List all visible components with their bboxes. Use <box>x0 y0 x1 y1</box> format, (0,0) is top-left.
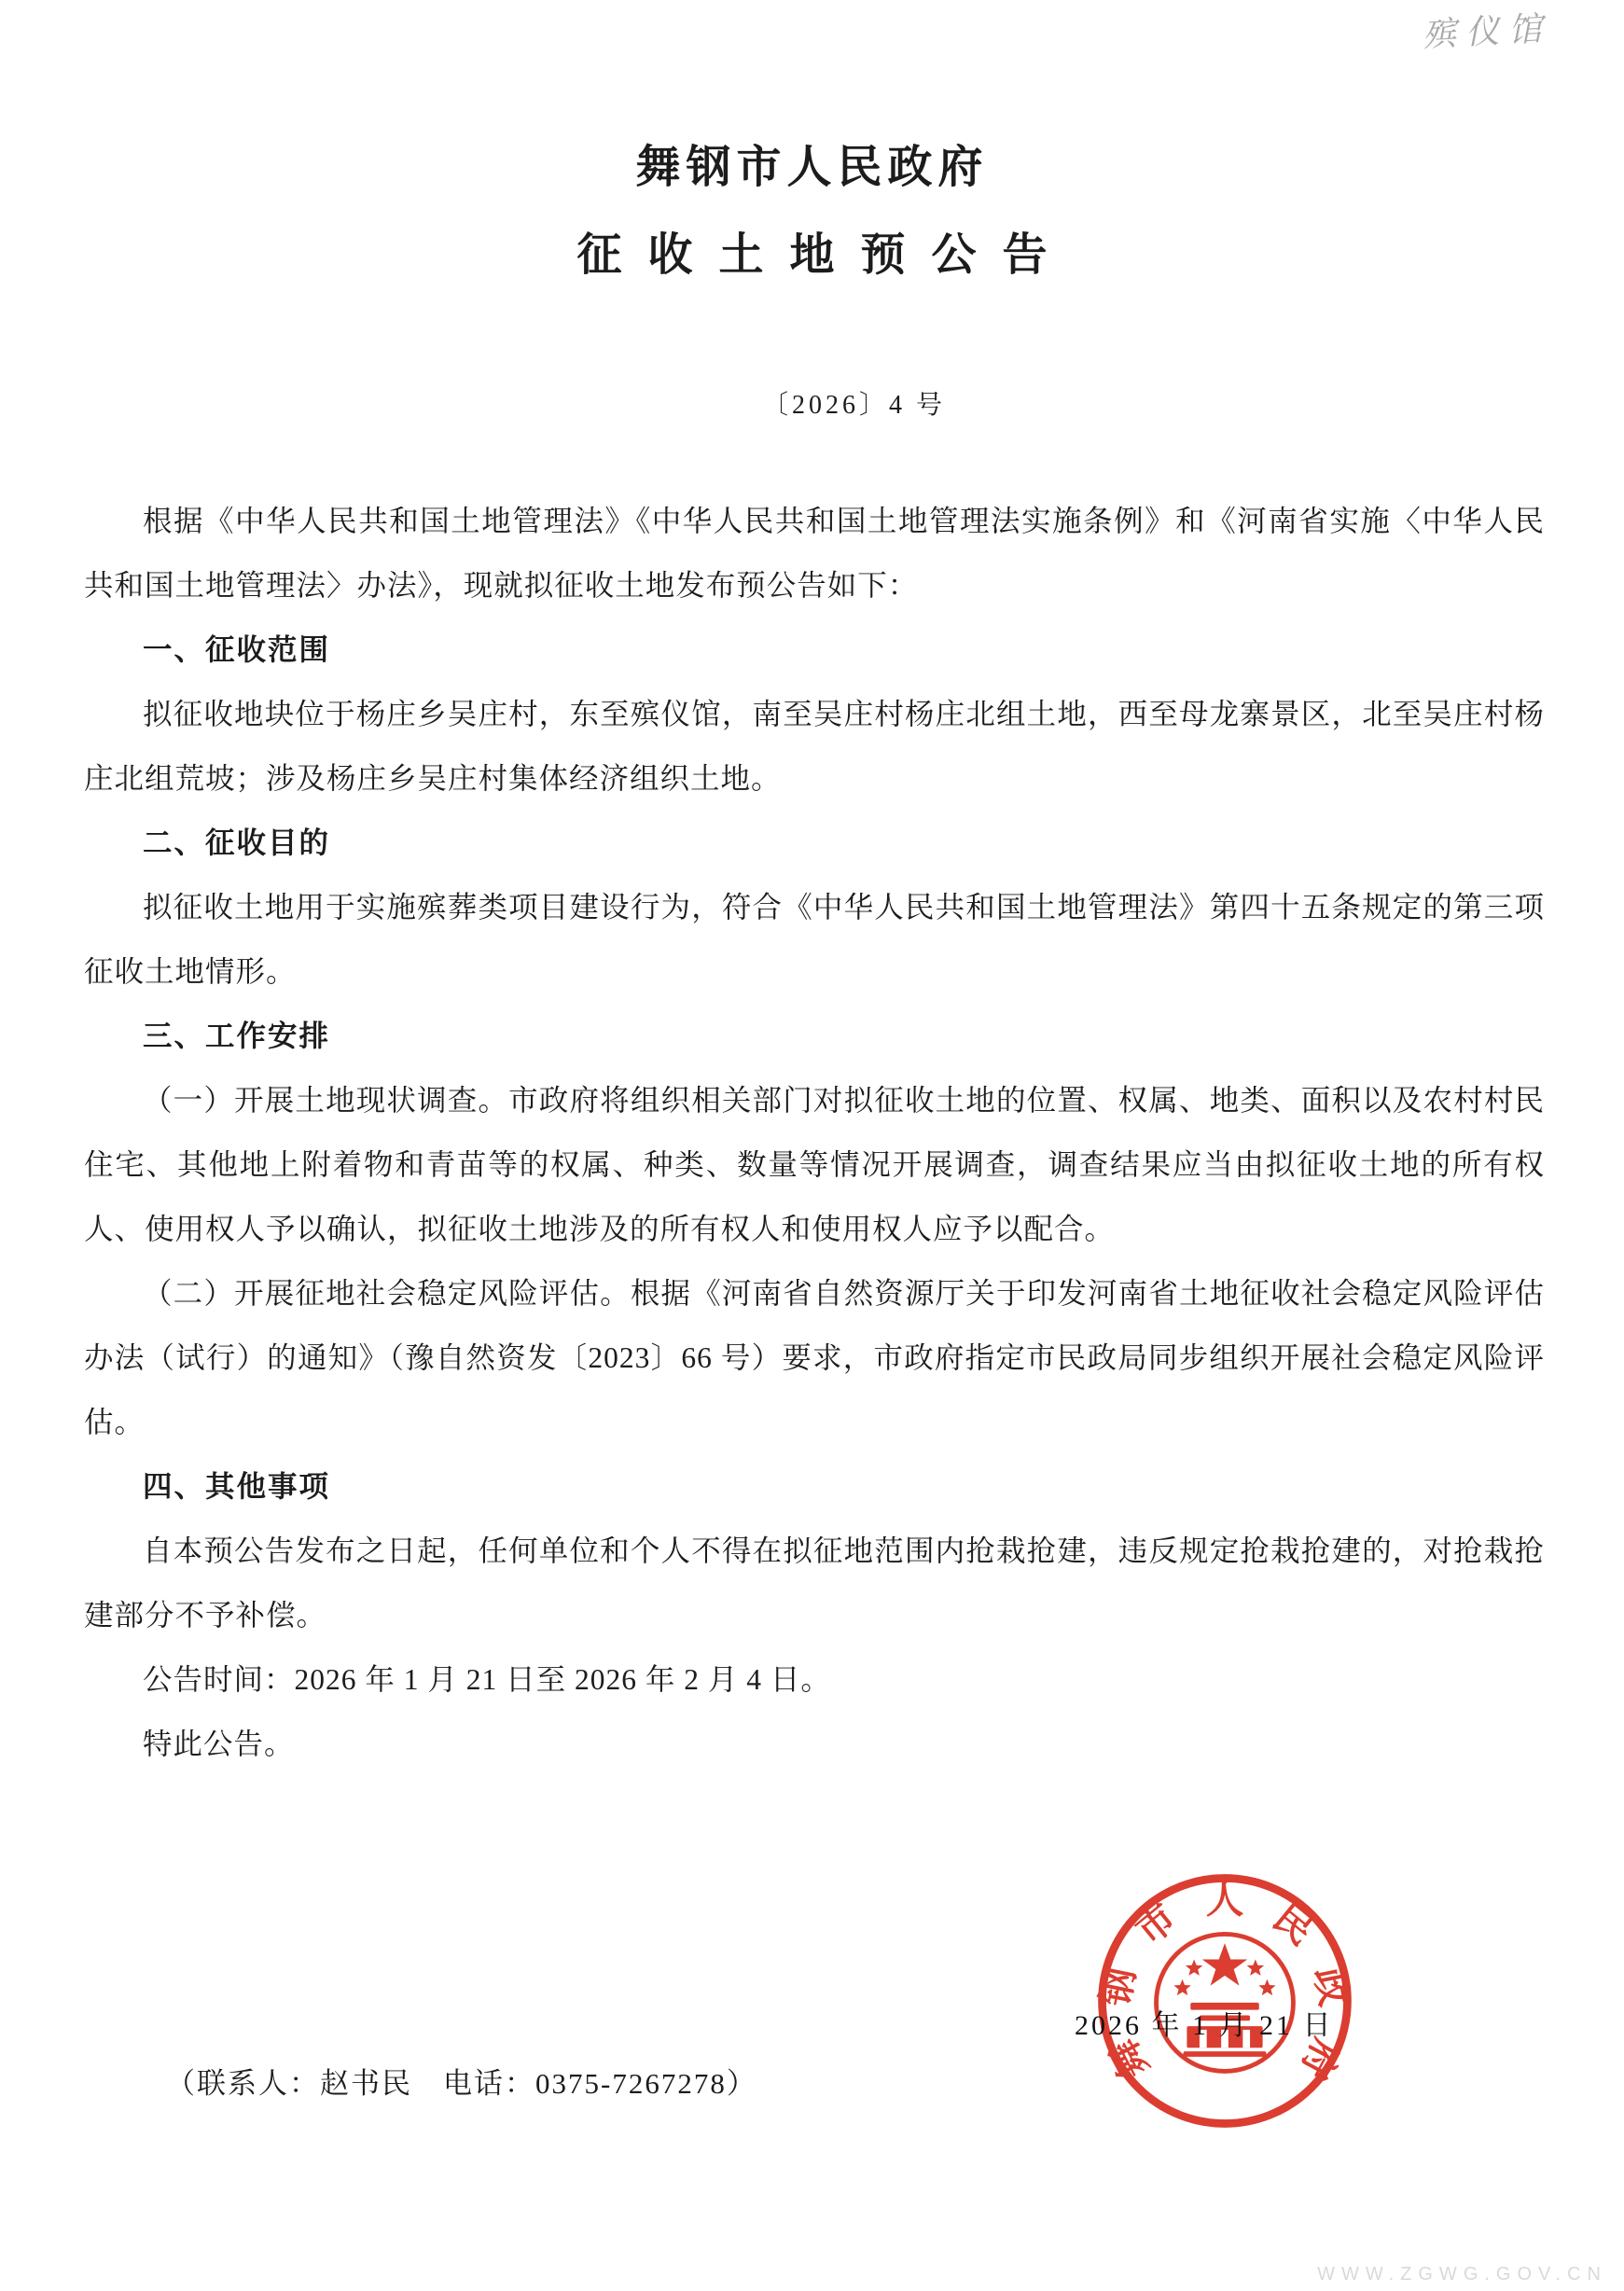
document-number: 〔2026〕4 号 <box>0 384 1624 422</box>
seal-arc-character: 民 <box>1266 1896 1322 1953</box>
section-heading: 三、工作安排 <box>84 1004 1545 1068</box>
announcement-page: 殡仪馆 舞钢市人民政府 征收土地预公告 〔2026〕4 号 根据《中华人民共和国… <box>0 0 1624 2291</box>
handwritten-annotation: 殡仪馆 <box>1422 2 1552 56</box>
paragraph: 拟征收地块位于杨庄乡吴庄村，东至殡仪馆，南至吴庄村杨庄北组土地，西至母龙寨景区，… <box>84 682 1545 811</box>
paragraph: 特此公告。 <box>84 1712 1545 1776</box>
site-watermark: WWW.ZGWG.GOV.CN <box>1317 2264 1607 2285</box>
section-heading: 二、征收目的 <box>84 811 1545 875</box>
seal-arc-character: 市 <box>1129 1896 1185 1953</box>
paragraph: 自本预公告发布之日起，任何单位和个人不得在拟征地范围内抢栽抢建，违反规定抢栽抢建… <box>84 1519 1545 1647</box>
paragraph: 根据《中华人民共和国土地管理法》《中华人民共和国土地管理法实施条例》和《河南省实… <box>84 489 1545 618</box>
issue-date: 2026 年 1 月 21 日 <box>1075 2002 1334 2043</box>
official-seal: 舞钢市人民政府 <box>1090 1866 1360 2136</box>
paragraph: 公告时间：2026 年 1 月 21 日至 2026 年 2 月 4 日。 <box>84 1647 1545 1712</box>
paragraph: 拟征收土地用于实施殡葬类项目建设行为，符合《中华人民共和国土地管理法》第四十五条… <box>84 875 1545 1004</box>
document-title-subject: 征收土地预公告 <box>0 218 1624 283</box>
document-body: 根据《中华人民共和国土地管理法》《中华人民共和国土地管理法实施条例》和《河南省实… <box>84 489 1545 1776</box>
seal-arc-character: 人 <box>1206 1879 1244 1921</box>
document-title-authority: 舞钢市人民政府 <box>0 131 1624 195</box>
contact-info: （联系人：赵书民 电话：0375-7267278） <box>166 2060 757 2102</box>
section-heading: 四、其他事项 <box>84 1454 1545 1519</box>
paragraph: （一）开展土地现状调查。市政府将组织相关部门对拟征收土地的位置、权属、地类、面积… <box>84 1068 1545 1261</box>
section-heading: 一、征收范围 <box>84 618 1545 682</box>
paragraph: （二）开展征地社会稳定风险评估。根据《河南省自然资源厅关于印发河南省土地征收社会… <box>84 1261 1545 1454</box>
